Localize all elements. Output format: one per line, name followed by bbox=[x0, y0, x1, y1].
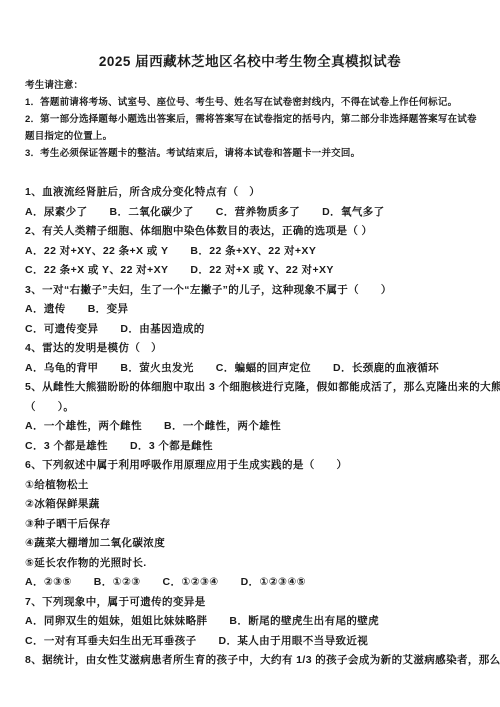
question-5: 5、从雌性大熊猫盼盼的体细胞中取出 3 个细胞核进行克隆，假如都能成活了，那么克… bbox=[25, 378, 492, 456]
question-2-option: C．22 条+X 或 Y、22 对+XY bbox=[25, 261, 168, 281]
question-3-option: C．可遗传变异 bbox=[25, 320, 98, 340]
question-6-stem-line: ②冰箱保鲜果蔬 bbox=[25, 495, 492, 515]
question-4-stem-line: 4、雷达的发明是模仿（ ） bbox=[25, 339, 492, 359]
question-5-option: B．一个雌性，两个雄性 bbox=[164, 417, 281, 437]
question-6-option: A．②③⑤ bbox=[25, 573, 72, 593]
question-7: 7、下列现象中，属于可遗传的变异是A．同卵双生的姐妹，姐姐比妹妹略胖B．断尾的壁… bbox=[25, 593, 492, 652]
question-7-options-row-2: C．一对有耳垂夫妇生出无耳垂孩子D．某人由于用眼不当导致近视 bbox=[25, 632, 492, 652]
question-5-option: A．一个雄性，两个雌性 bbox=[25, 417, 142, 437]
question-7-option: D．某人由于用眼不当导致近视 bbox=[218, 632, 368, 652]
question-4-option: C．蝙蝠的回声定位 bbox=[216, 359, 311, 379]
question-3: 3、一对“右撇子”夫妇，生了一个“左撇子”的儿子，这种现象不属于（ ）A．遗传B… bbox=[25, 281, 492, 340]
question-5-options-row-1: A．一个雄性，两个雌性B．一个雌性，两个雄性 bbox=[25, 417, 492, 437]
question-3-option: A．遗传 bbox=[25, 300, 66, 320]
notice-heading: 考生请注意： bbox=[25, 77, 480, 94]
question-2-option: A．22 对+XY、22 条+X 或 Y bbox=[25, 242, 168, 262]
notice-item: 1．答题前请将考场、试室号、座位号、考生号、姓名写在试卷密封线内，不得在试卷上作… bbox=[25, 94, 480, 111]
question-7-options-row-1: A．同卵双生的姐妹，姐姐比妹妹略胖B．断尾的壁虎生出有尾的壁虎 bbox=[25, 612, 492, 632]
notice-item: 3．考生必须保证答题卡的整洁。考试结束后，请将本试卷和答题卡一并交回。 bbox=[25, 145, 480, 162]
question-5-stem-line: 5、从雌性大熊猫盼盼的体细胞中取出 3 个细胞核进行克隆，假如都能成活了，那么克… bbox=[25, 378, 492, 398]
question-3-options-row-1: A．遗传B．变异 bbox=[25, 300, 492, 320]
question-7-option: A．同卵双生的姐妹，姐姐比妹妹略胖 bbox=[25, 612, 207, 632]
question-1-options-row-1: A．尿素少了B．二氧化碳少了C．营养物质多了D．氧气多了 bbox=[25, 203, 492, 223]
questions-section: 1、血液流经肾脏后，所含成分变化特点有（ ）A．尿素少了B．二氧化碳少了C．营养… bbox=[25, 183, 492, 671]
question-4: 4、雷达的发明是模仿（ ）A．乌龟的背甲B．萤火虫发光C．蝙蝠的回声定位D．长颈… bbox=[25, 339, 492, 378]
question-1-option: A．尿素少了 bbox=[25, 203, 87, 223]
question-1-option: B．二氧化碳少了 bbox=[109, 203, 193, 223]
question-3-option: D．由基因造成的 bbox=[120, 320, 204, 340]
question-3-options-row-2: C．可遗传变异D．由基因造成的 bbox=[25, 320, 492, 340]
question-2-option: D．22 对+X 或 Y、22 对+XY bbox=[190, 261, 333, 281]
question-7-stem-line: 7、下列现象中，属于可遗传的变异是 bbox=[25, 593, 492, 613]
question-7-option: B．断尾的壁虎生出有尾的壁虎 bbox=[229, 612, 379, 632]
examinee-notice: 考生请注意： 1．答题前请将考场、试室号、座位号、考生号、姓名写在试卷密封线内，… bbox=[25, 77, 480, 162]
question-6-stem-line: ①给植物松土 bbox=[25, 476, 492, 496]
question-6: 6、下列叙述中属于利用呼吸作用原理应用于生成实践的是（ ）①给植物松土②冰箱保鲜… bbox=[25, 456, 492, 593]
question-2-options-row-1: A．22 对+XY、22 条+X 或 YB．22 条+XY、22 对+XY bbox=[25, 242, 492, 262]
question-6-option: B．①②③ bbox=[94, 573, 141, 593]
question-8: 8、据统计，由女性艾滋病患者所生育的孩子中，大约有 1/3 的孩子会成为新的艾滋… bbox=[25, 651, 492, 671]
exam-paper-page: 2025 届西藏林芝地区名校中考生物全真模拟试卷 考生请注意： 1．答题前请将考… bbox=[0, 0, 500, 707]
question-6-stem-line: ⑤延长农作物的光照时长. bbox=[25, 554, 492, 574]
question-4-option: D．长颈鹿的血液循环 bbox=[333, 359, 439, 379]
question-6-stem-line: 6、下列叙述中属于利用呼吸作用原理应用于生成实践的是（ ） bbox=[25, 456, 492, 476]
question-1-stem-line: 1、血液流经肾脏后，所含成分变化特点有（ ） bbox=[25, 183, 492, 203]
question-1-option: D．氧气多了 bbox=[322, 203, 384, 223]
question-3-stem-line: 3、一对“右撇子”夫妇，生了一个“左撇子”的儿子，这种现象不属于（ ） bbox=[25, 281, 492, 301]
question-4-options-row-1: A．乌龟的背甲B．萤火虫发光C．蝙蝠的回声定位D．长颈鹿的血液循环 bbox=[25, 359, 492, 379]
question-5-option: C．3 个都是雄性 bbox=[25, 437, 108, 457]
question-6-stem-line: ④蔬菜大棚增加二氧化碳浓度 bbox=[25, 534, 492, 554]
question-4-option: A．乌龟的背甲 bbox=[25, 359, 98, 379]
question-7-option: C．一对有耳垂夫妇生出无耳垂孩子 bbox=[25, 632, 196, 652]
question-6-stem-line: ③种子晒干后保存 bbox=[25, 515, 492, 535]
question-6-options-row-1: A．②③⑤B．①②③C．①②③④D．①②③④⑤ bbox=[25, 573, 492, 593]
question-2-options-row-2: C．22 条+X 或 Y、22 对+XYD．22 对+X 或 Y、22 对+XY bbox=[25, 261, 492, 281]
question-5-option: D．3 个都是雌性 bbox=[130, 437, 213, 457]
question-2-stem-line: 2、有关人类精子细胞、体细胞中染色体数目的表达，正确的选项是（ ） bbox=[25, 222, 492, 242]
question-6-option: C．①②③④ bbox=[163, 573, 219, 593]
question-2-option: B．22 条+XY、22 对+XY bbox=[190, 242, 316, 262]
question-4-option: B．萤火虫发光 bbox=[120, 359, 193, 379]
question-3-option: B．变异 bbox=[88, 300, 129, 320]
question-2: 2、有关人类精子细胞、体细胞中染色体数目的表达，正确的选项是（ ）A．22 对+… bbox=[25, 222, 492, 281]
question-1-option: C．营养物质多了 bbox=[216, 203, 300, 223]
question-8-stem-line: 8、据统计，由女性艾滋病患者所生育的孩子中，大约有 1/3 的孩子会成为新的艾滋… bbox=[25, 651, 492, 671]
question-5-options-row-2: C．3 个都是雄性D．3 个都是雌性 bbox=[25, 437, 492, 457]
page-title: 2025 届西藏林芝地区名校中考生物全真模拟试卷 bbox=[0, 0, 500, 69]
question-6-option: D．①②③④⑤ bbox=[241, 573, 306, 593]
question-5-stem-line: （ ）。 bbox=[25, 398, 492, 418]
question-1: 1、血液流经肾脏后，所含成分变化特点有（ ）A．尿素少了B．二氧化碳少了C．营养… bbox=[25, 183, 492, 222]
notice-item: 2．第一部分选择题每小题选出答案后，需将答案写在试卷指定的括号内，第二部分非选择… bbox=[25, 111, 480, 145]
